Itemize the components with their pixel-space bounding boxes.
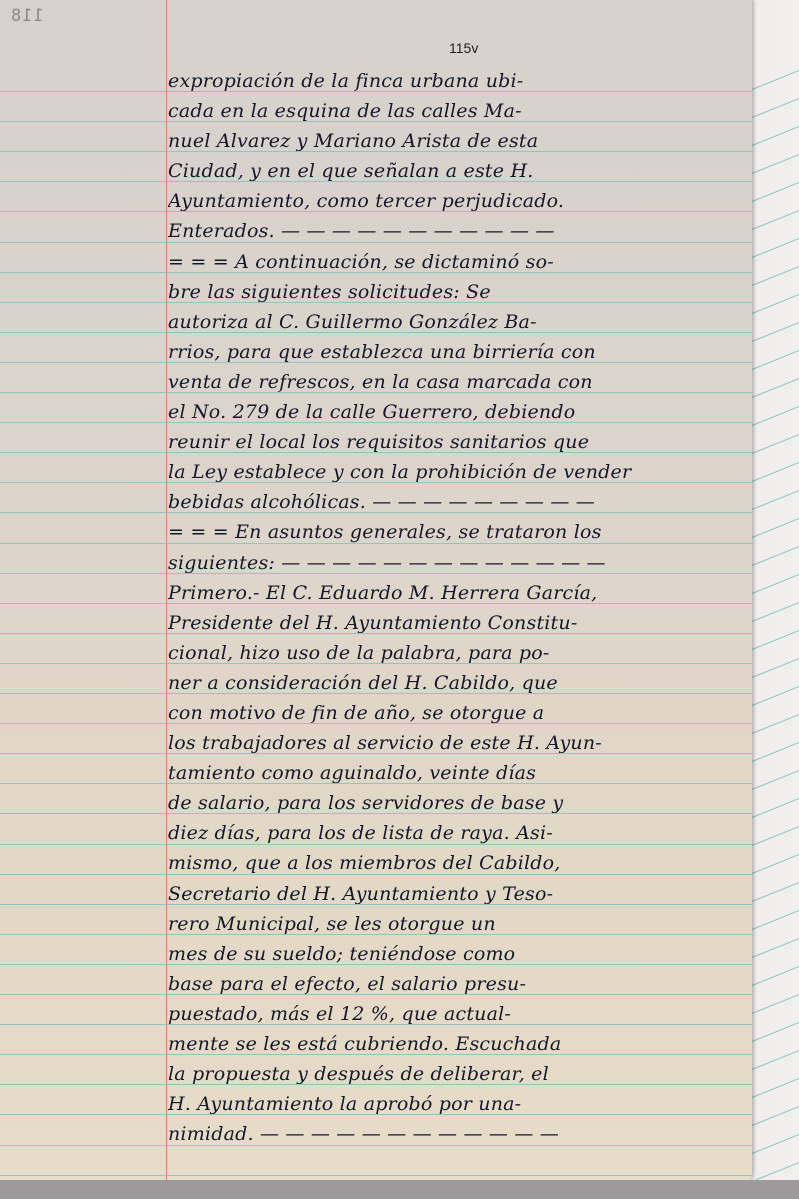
ruled-line	[0, 1175, 752, 1176]
ruled-line	[0, 151, 752, 152]
ruled-line	[0, 482, 752, 483]
ruled-line	[0, 452, 752, 453]
bleed-through-page-number: 118	[10, 6, 44, 26]
ruled-line	[0, 573, 752, 574]
ruled-line	[0, 302, 752, 303]
ruled-line	[0, 753, 752, 754]
handwritten-text-body: expropiación de la finca urbana ubi- cad…	[168, 66, 752, 1149]
ruled-line	[0, 1054, 752, 1055]
ruled-line	[0, 392, 752, 393]
ruled-line	[0, 904, 752, 905]
ruled-line	[0, 272, 752, 273]
ruled-line	[0, 603, 752, 604]
ledger-page: 118 115v expropiación de la finca urbana…	[0, 0, 752, 1180]
ruled-line	[0, 844, 752, 845]
ruled-line	[0, 121, 752, 122]
ruled-line	[0, 964, 752, 965]
ruled-line	[0, 663, 752, 664]
ruled-line	[0, 181, 752, 182]
background-surface	[0, 1180, 799, 1199]
ruled-line	[0, 211, 752, 212]
ruled-line	[0, 813, 752, 814]
folio-number: 115v	[449, 40, 478, 56]
ruled-line	[0, 994, 752, 995]
ruled-line	[0, 723, 752, 724]
ruled-line	[0, 1145, 752, 1146]
ruled-line	[0, 934, 752, 935]
ruled-line	[0, 242, 752, 243]
ruled-line	[0, 91, 752, 92]
ruled-line	[0, 693, 752, 694]
ruled-line	[0, 783, 752, 784]
red-margin-rule	[166, 0, 167, 1180]
ruled-line	[0, 512, 752, 513]
ruled-line	[0, 1084, 752, 1085]
ruled-line	[0, 362, 752, 363]
ruled-line	[0, 874, 752, 875]
ruled-line	[0, 1024, 752, 1025]
ruled-line	[0, 332, 752, 333]
ruled-line	[0, 633, 752, 634]
ruled-line	[0, 1114, 752, 1115]
ruled-line	[0, 543, 752, 544]
ruled-line	[0, 422, 752, 423]
